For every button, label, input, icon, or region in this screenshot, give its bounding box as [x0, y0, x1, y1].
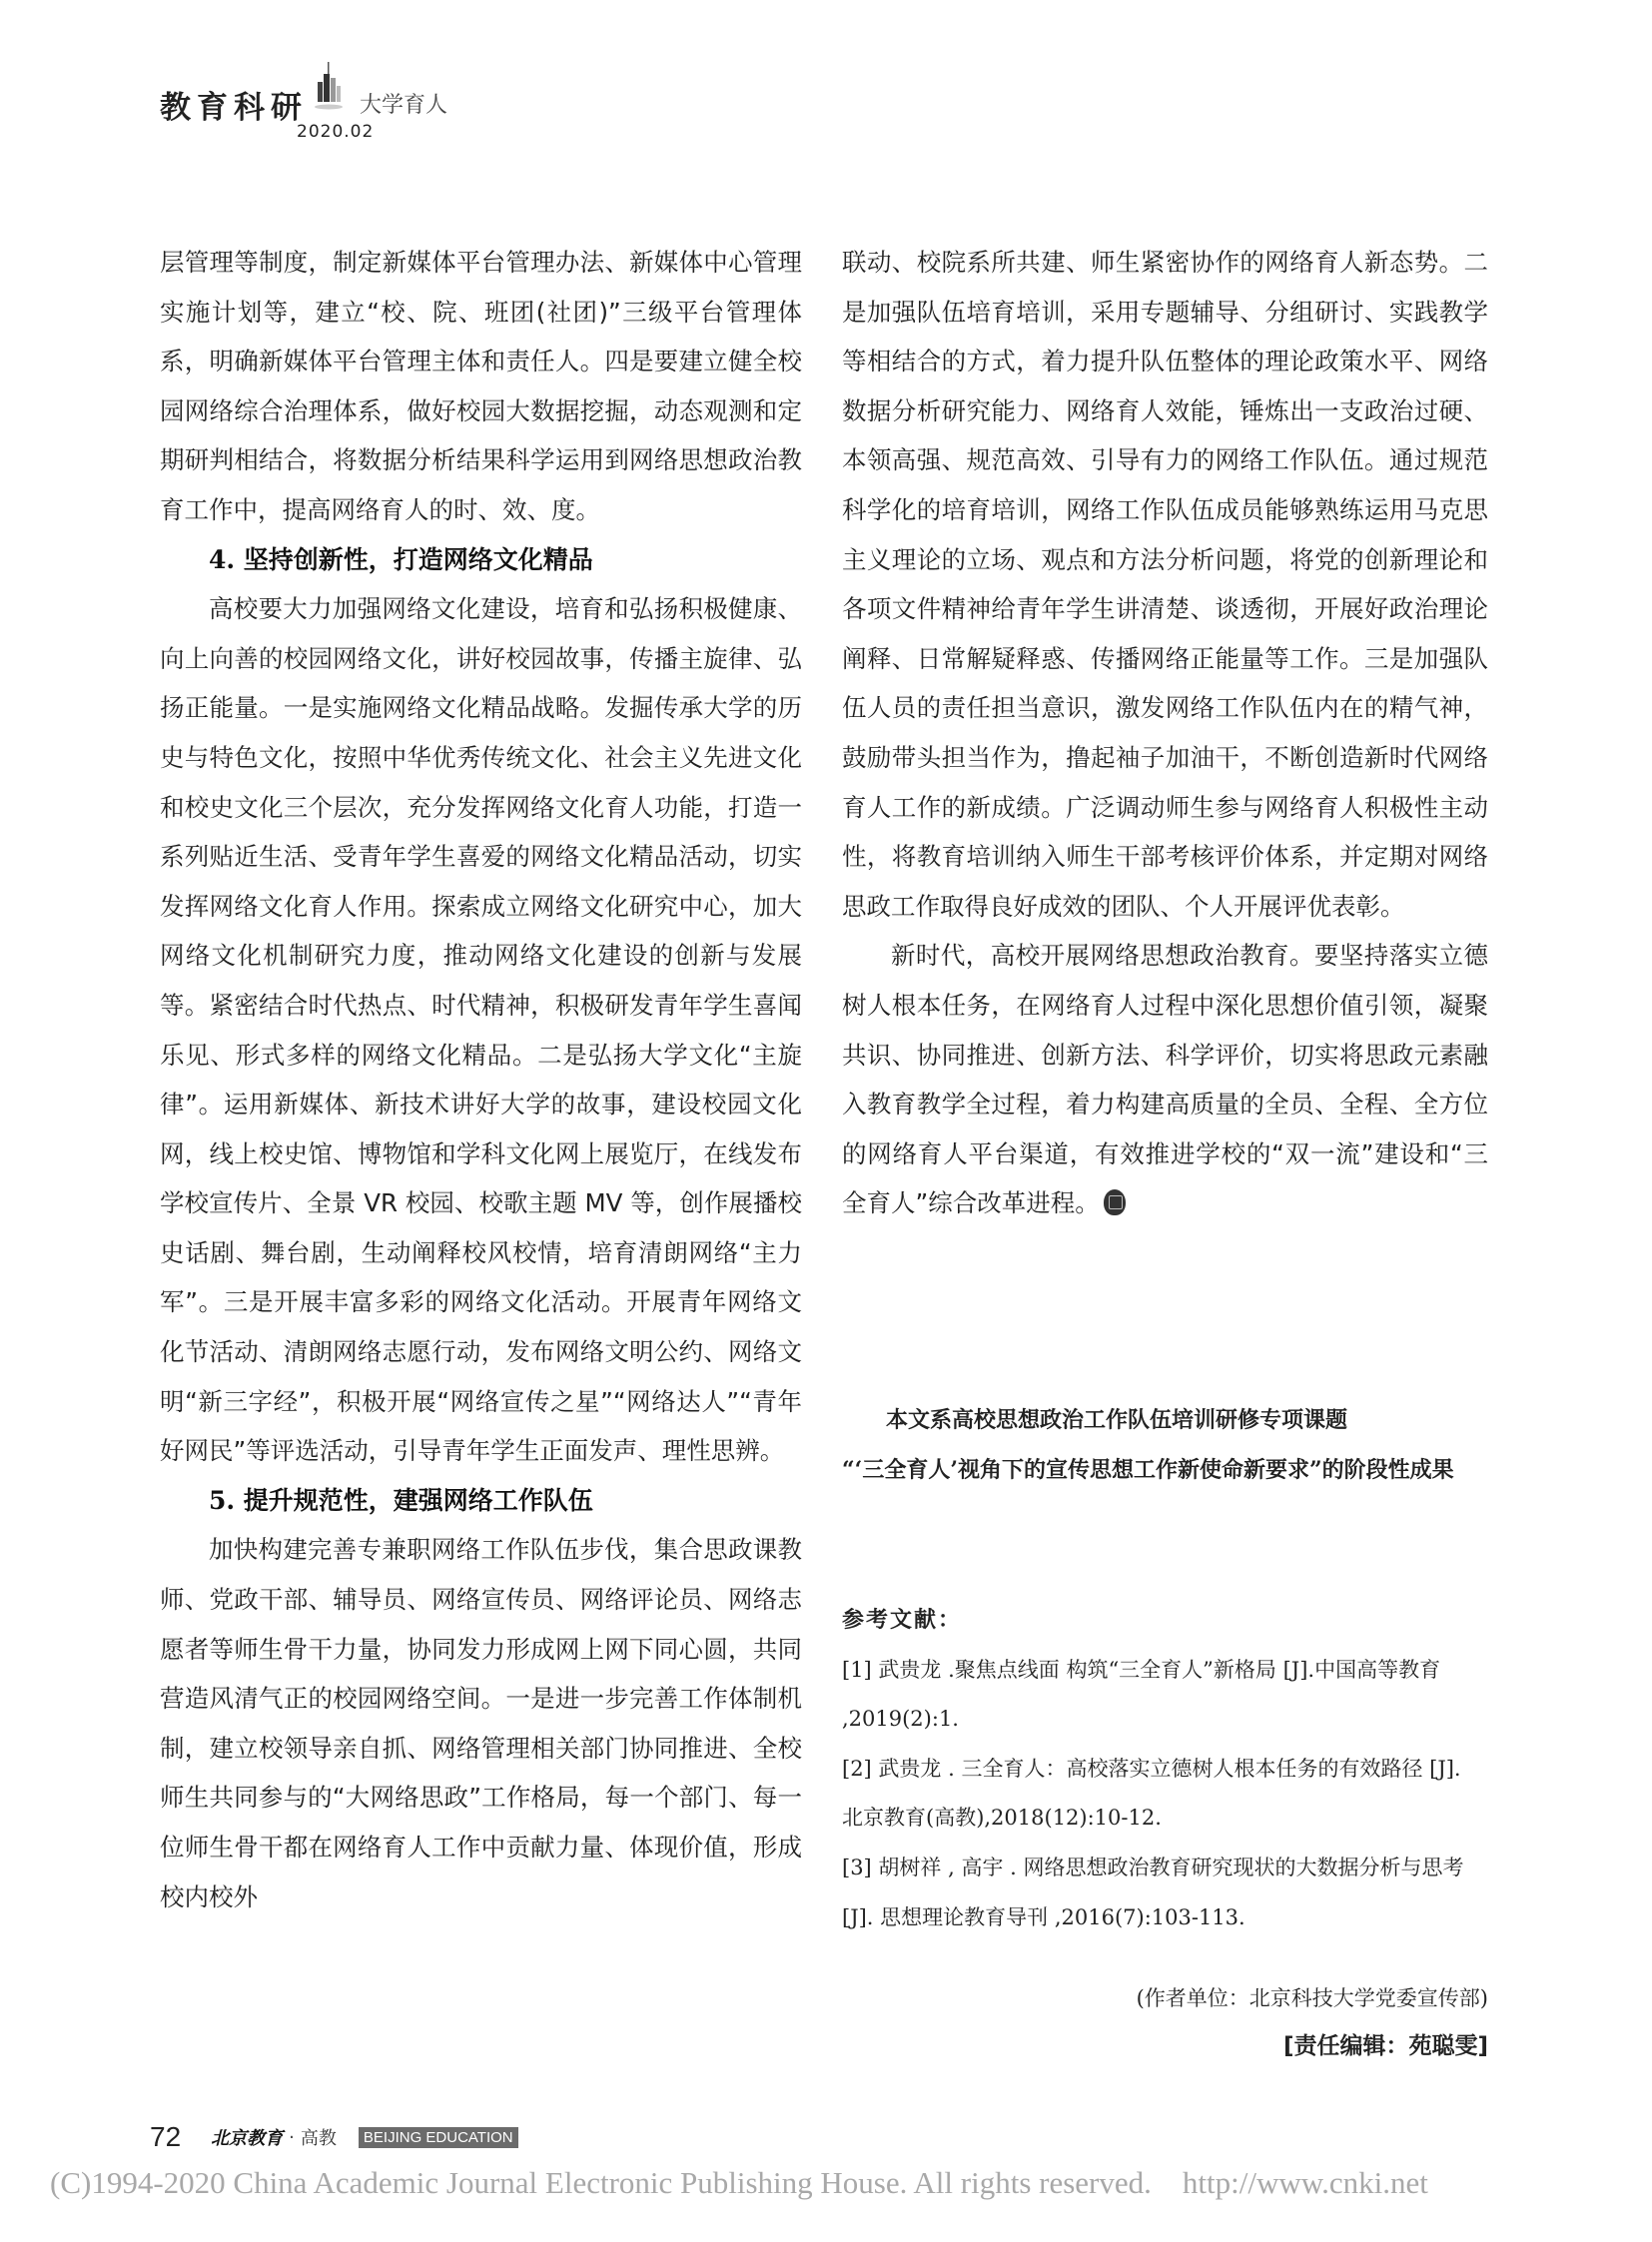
reference-item: [3] 胡树祥 , 高宇 . 网络思想政治教育研究现状的大数据分析与思考 [J]…: [842, 1844, 1488, 1942]
reference-item: [1] 武贵龙 .聚焦点线面 构筑“三全育人”新格局 [J].中国高等教育 ,2…: [842, 1646, 1488, 1745]
right-column: 联动、校院系所共建、师生紧密协作的网络育人新态势。二是加强队伍培育培训，采用专题…: [842, 238, 1488, 1228]
funding-note-line2: “‘三全育人’视角下的宣传思想工作新使命新要求”的阶段性成果: [842, 1457, 1454, 1483]
journal-name: 北京教育: [211, 2124, 283, 2150]
copyright-watermark: (C)1994-2020 China Academic Journal Elec…: [50, 2165, 1428, 2201]
section-heading-4: 4. 坚持创新性，打造网络文化精品: [160, 535, 802, 585]
funding-note: 本文系高校思想政治工作队伍培训研修专项课题 “‘三全育人’视角下的宣传思想工作新…: [842, 1396, 1488, 1495]
section-title: 教育科研: [160, 82, 308, 127]
funding-note-line1: 本文系高校思想政治工作队伍培训研修专项课题: [842, 1396, 1488, 1446]
conclusion-text: 新时代，高校开展网络思想政治教育。要坚持落实立德树人根本任务，在网络育人过程中深…: [842, 941, 1488, 1217]
page-number: 72: [150, 2121, 181, 2153]
references: 参考文献： [1] 武贵龙 .聚焦点线面 构筑“三全育人”新格局 [J].中国高…: [842, 1596, 1488, 1942]
reference-item: [2] 武贵龙 . 三全育人：高校落实立德树人根本任务的有效路径 [J]. 北京…: [842, 1745, 1488, 1844]
references-title: 参考文献：: [842, 1596, 1488, 1646]
issue-date: 2020.02: [297, 122, 374, 142]
header-slogan: 大学育人: [360, 88, 447, 119]
left-column: 层管理等制度，制定新媒体平台管理办法、新媒体中心管理实施计划等，建立“校、院、班…: [160, 238, 802, 1921]
page-footer: 72 北京教育 · 高教 BEIJING EDUCATION: [150, 2117, 518, 2157]
author-affiliation: (作者单位：北京科技大学党委宣传部): [1137, 1982, 1488, 2012]
journal-subtitle: 高教: [301, 2124, 337, 2150]
section-heading-5: 5. 提升规范性，建强网络工作队伍: [160, 1476, 802, 1526]
paragraph: 高校要大力加强网络文化建设，培育和弘扬积极健康、向上向善的校园网络文化，讲好校园…: [160, 584, 802, 1476]
journal-seal-icon: [1104, 1189, 1126, 1215]
running-header: 教育科研 大学育人 2020.02: [160, 60, 559, 150]
conclusion-paragraph: 新时代，高校开展网络思想政治教育。要坚持落实立德树人根本任务，在网络育人过程中深…: [842, 931, 1488, 1228]
responsible-editor: [责任编辑：苑聪雯]: [1283, 2027, 1488, 2060]
journal-badge: BEIJING EDUCATION: [359, 2127, 518, 2148]
tower-icon: [312, 62, 346, 112]
paragraph: 加快构建完善专兼职网络工作队伍步伐，集合思政课教师、党政干部、辅导员、网络宣传员…: [160, 1525, 802, 1921]
footer-separator: ·: [289, 2127, 295, 2148]
paragraph: 联动、校院系所共建、师生紧密协作的网络育人新态势。二是加强队伍培育培训，采用专题…: [842, 238, 1488, 931]
paragraph: 层管理等制度，制定新媒体平台管理办法、新媒体中心管理实施计划等，建立“校、院、班…: [160, 238, 802, 535]
